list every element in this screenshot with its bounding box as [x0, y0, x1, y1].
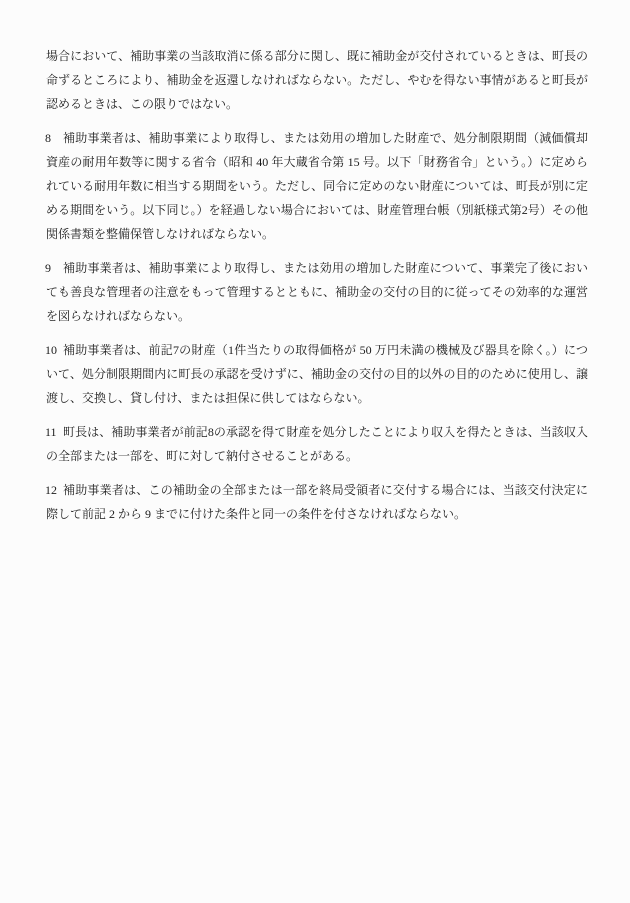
clause-text: 補助事業者は、補助事業により取得し、または効用の増加した財産について、事業完了後…: [46, 256, 588, 328]
clause-number: 10: [45, 338, 62, 362]
document-content: 場合において、補助事業の当該取消に係る部分に関し、既に補助金が交付されているとき…: [0, 0, 630, 526]
clause-item-12: 12 補助事業者は、この補助金の全部または一部を終局受領者に交付する場合には、当…: [45, 478, 588, 526]
clause-item-8: 8 補助事業者は、補助事業により取得し、または効用の増加した財産で、処分制限期間…: [45, 126, 588, 246]
clause-text: 補助事業者は、この補助金の全部または一部を終局受領者に交付する場合には、当該交付…: [46, 478, 588, 526]
clause-text: 町長は、補助事業者が前記8の承認を得て財産を処分したことにより収入を得たときは、…: [46, 420, 588, 468]
clause-number: 12: [45, 478, 62, 502]
clause-item-10: 10 補助事業者は、前記7の財産（1件当たりの取得価格が 50 万円未満の機械及…: [45, 338, 588, 410]
clause-text: 補助事業者は、前記7の財産（1件当たりの取得価格が 50 万円未満の機械及び器具…: [46, 338, 588, 410]
clause-number: 9: [45, 256, 62, 280]
clause-text: 補助事業者は、補助事業により取得し、または効用の増加した財産で、処分制限期間（減…: [46, 126, 588, 246]
clause-number: 8: [45, 126, 62, 150]
continuation-paragraph: 場合において、補助事業の当該取消に係る部分に関し、既に補助金が交付されているとき…: [45, 44, 588, 116]
clause-item-11: 11 町長は、補助事業者が前記8の承認を得て財産を処分したことにより収入を得たと…: [45, 420, 588, 468]
clause-item-9: 9 補助事業者は、補助事業により取得し、または効用の増加した財産について、事業完…: [45, 256, 588, 328]
document-page: 場合において、補助事業の当該取消に係る部分に関し、既に補助金が交付されているとき…: [0, 0, 630, 903]
clause-number: 11: [45, 420, 62, 444]
